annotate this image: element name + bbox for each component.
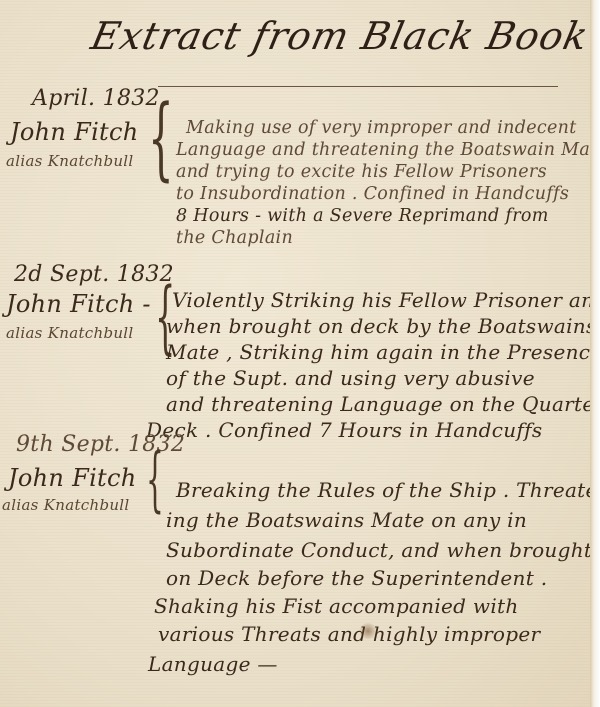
entry-line: Language and threatening the Boatswain M… (176, 140, 600, 160)
brace-icon: { (146, 438, 164, 520)
entry-line: Shaking his Fist accompanied with (154, 594, 519, 618)
entry-date: April. 1832 (32, 86, 160, 111)
entry-line: Breaking the Rules of the Ship . Threate… (176, 478, 600, 502)
entry-name: John Fitch - (6, 290, 151, 318)
entry-name: John Fitch (8, 464, 136, 492)
ink-stain (358, 623, 378, 639)
entry-line: Language — (148, 652, 278, 676)
entry-line: various Threats and highly improper (158, 622, 540, 646)
document-page: Extract from Black Book April. 1832 John… (0, 0, 592, 707)
torn-paper-edge (590, 0, 600, 707)
entry-alias: alias Knatchbull (6, 152, 134, 170)
document-title: Extract from Black Book (87, 14, 592, 58)
entry-name: John Fitch (10, 118, 138, 146)
entry-line: when brought on deck by the Boatswains (166, 314, 597, 338)
entry-line: Mate , Striking him again in the Presenc… (166, 340, 600, 364)
entry-line: on Deck before the Superintendent . (166, 566, 547, 590)
entry-line: of the Supt. and using very abusive (166, 366, 535, 390)
entry-alias: alias Knatchbull (2, 496, 130, 514)
entry-line: to Insubordination . Confined in Handcuf… (176, 184, 569, 204)
entry-alias: alias Knatchbull (6, 324, 134, 342)
entry-line: Violently Striking his Fellow Prisoner a… (172, 288, 600, 312)
entry-line: and threatening Language on the Quarter (166, 392, 600, 416)
entry-line: Deck . Confined 7 Hours in Handcuffs (146, 418, 542, 442)
divider-line (158, 86, 558, 87)
entry-line: ing the Boatswains Mate on any in (166, 508, 527, 532)
entry-line: Making use of very improper and indecent (186, 118, 577, 138)
entry-line: the Chaplain (176, 228, 293, 248)
entry-line: Subordinate Conduct, and when brought (166, 538, 592, 562)
entry-line: and trying to excite his Fellow Prisoner… (176, 162, 547, 182)
brace-icon: { (148, 86, 174, 191)
entry-line: 8 Hours - with a Severe Reprimand from (176, 206, 549, 226)
entry-date: 2d Sept. 1832 (14, 262, 174, 287)
